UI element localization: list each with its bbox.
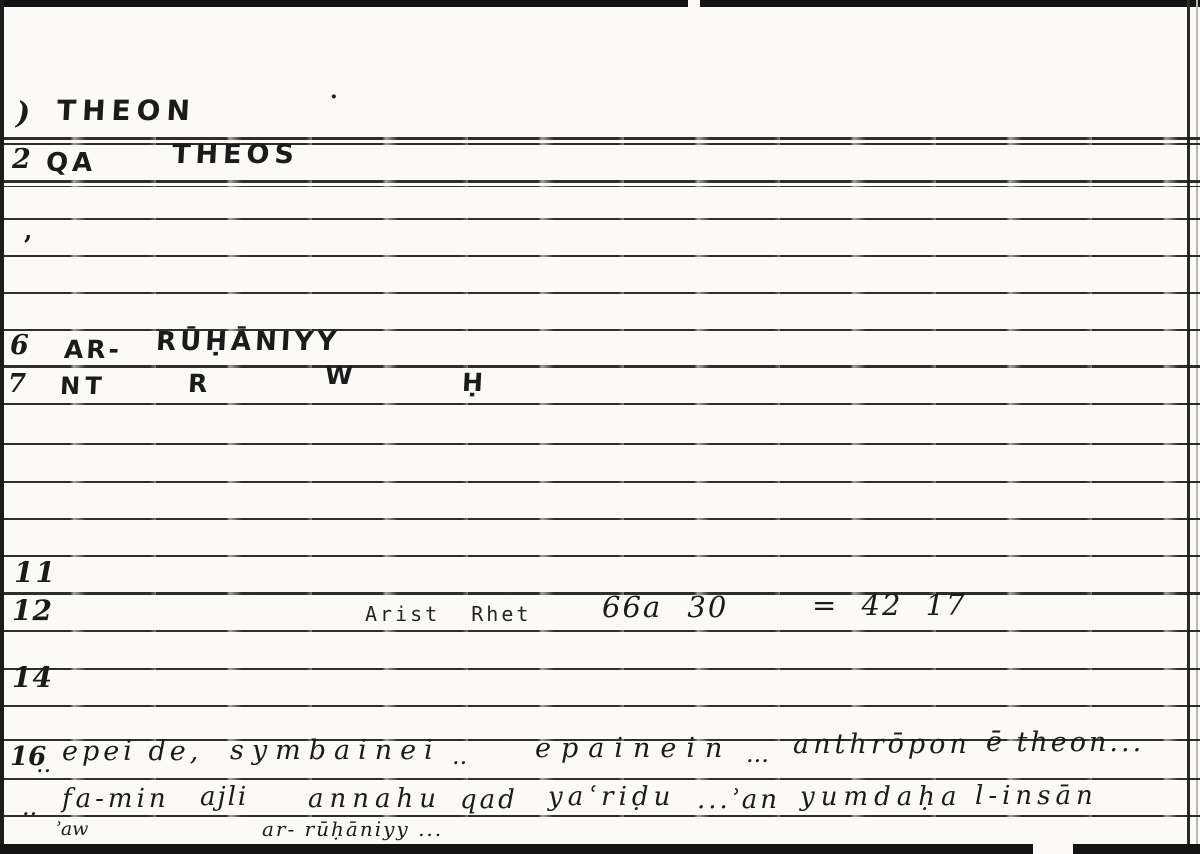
arabic-ajli: ajli — [200, 784, 248, 811]
arabic-l-insan: l-insān — [975, 783, 1098, 810]
ruled-line — [0, 481, 1200, 483]
entry-root-w: W — [324, 363, 353, 389]
line-number-11: 11 — [14, 558, 57, 587]
arabic-annahu: annahu — [308, 786, 442, 813]
ruled-line — [0, 555, 1200, 557]
interlinear-aw: ʾaw — [55, 820, 88, 840]
arabic-yumdaha: yumdaḥa — [800, 784, 962, 811]
line-number-12: 12 — [12, 596, 53, 625]
reference-page: = 42 17 — [812, 590, 967, 620]
ruled-line — [0, 403, 1200, 405]
stray-dot-mark: · — [330, 86, 338, 109]
entry-root-h: Ḥ — [461, 370, 483, 396]
entry-qa: QA — [45, 150, 97, 177]
card-top-border-gap — [688, 0, 700, 7]
entry-root-r: R — [187, 371, 208, 397]
greek-anthropon: anthrōpon — [793, 731, 971, 759]
ruled-line — [0, 815, 1200, 817]
reference-locus: 66a 30 — [602, 592, 728, 622]
ruled-line — [0, 365, 1200, 368]
ruled-line — [0, 778, 1200, 780]
index-card: ) THEON 2 QA THEOS · , 6 AR- RŪḤĀNIYY 7 … — [0, 0, 1200, 854]
ruled-line — [0, 180, 1200, 183]
arabic-lead-dots: .. — [22, 795, 37, 820]
entry-theos: THEOS — [171, 141, 299, 169]
ruled-line — [0, 443, 1200, 445]
arabic-fa-min: fa-min — [62, 786, 170, 813]
card-right-border — [1187, 0, 1190, 854]
card-right-scan-edge — [1196, 0, 1198, 854]
ruled-line — [0, 292, 1200, 294]
entry-ruhaniyy: RŪḤĀNIYY — [155, 329, 341, 356]
ruled-line — [0, 218, 1200, 220]
margin-comma-mark: , — [24, 218, 32, 243]
line-number-7: 7 — [8, 371, 26, 398]
ruled-line — [0, 518, 1200, 520]
card-left-border — [0, 0, 4, 854]
greek-dots-1: .. — [452, 744, 467, 769]
ruled-line — [0, 705, 1200, 707]
ruled-line — [0, 668, 1200, 670]
arabic-dots-an: ...ʾan — [697, 787, 780, 814]
ruled-line — [0, 630, 1200, 632]
card-bottom-border — [1073, 844, 1200, 854]
entry-ar-prefix: AR- — [63, 337, 122, 363]
ruled-line — [0, 592, 1200, 595]
entry-root-nt: NT — [59, 374, 107, 399]
line-number-14: 14 — [12, 663, 53, 692]
line-number-1: ) — [16, 98, 30, 130]
greek-symbainei: symbainei — [230, 737, 441, 765]
greek-dots-2: ... — [746, 742, 769, 767]
line-number-6: 6 — [10, 332, 29, 360]
arabic-qad: qad — [460, 787, 518, 814]
card-bottom-border — [0, 844, 1033, 854]
interlinear-ar-ruhaniyy: ar- rūḥāniyy ... — [262, 819, 443, 840]
greek-e-theon: ē theon... — [986, 729, 1144, 757]
entry-theon: THEON — [56, 96, 196, 125]
greek-lead-dots: .. — [36, 752, 51, 777]
card-top-border — [0, 0, 1200, 7]
line-number-2: 2 — [12, 146, 31, 174]
greek-epei-de: epei de, — [62, 738, 202, 766]
ruled-line — [0, 186, 1200, 187]
arabic-yaridu: yaʿriḍu — [548, 784, 675, 811]
greek-epainein: epainein — [535, 735, 732, 763]
reference-arist-rhet: Arist Rhet — [365, 604, 531, 625]
ruled-line — [0, 255, 1200, 257]
